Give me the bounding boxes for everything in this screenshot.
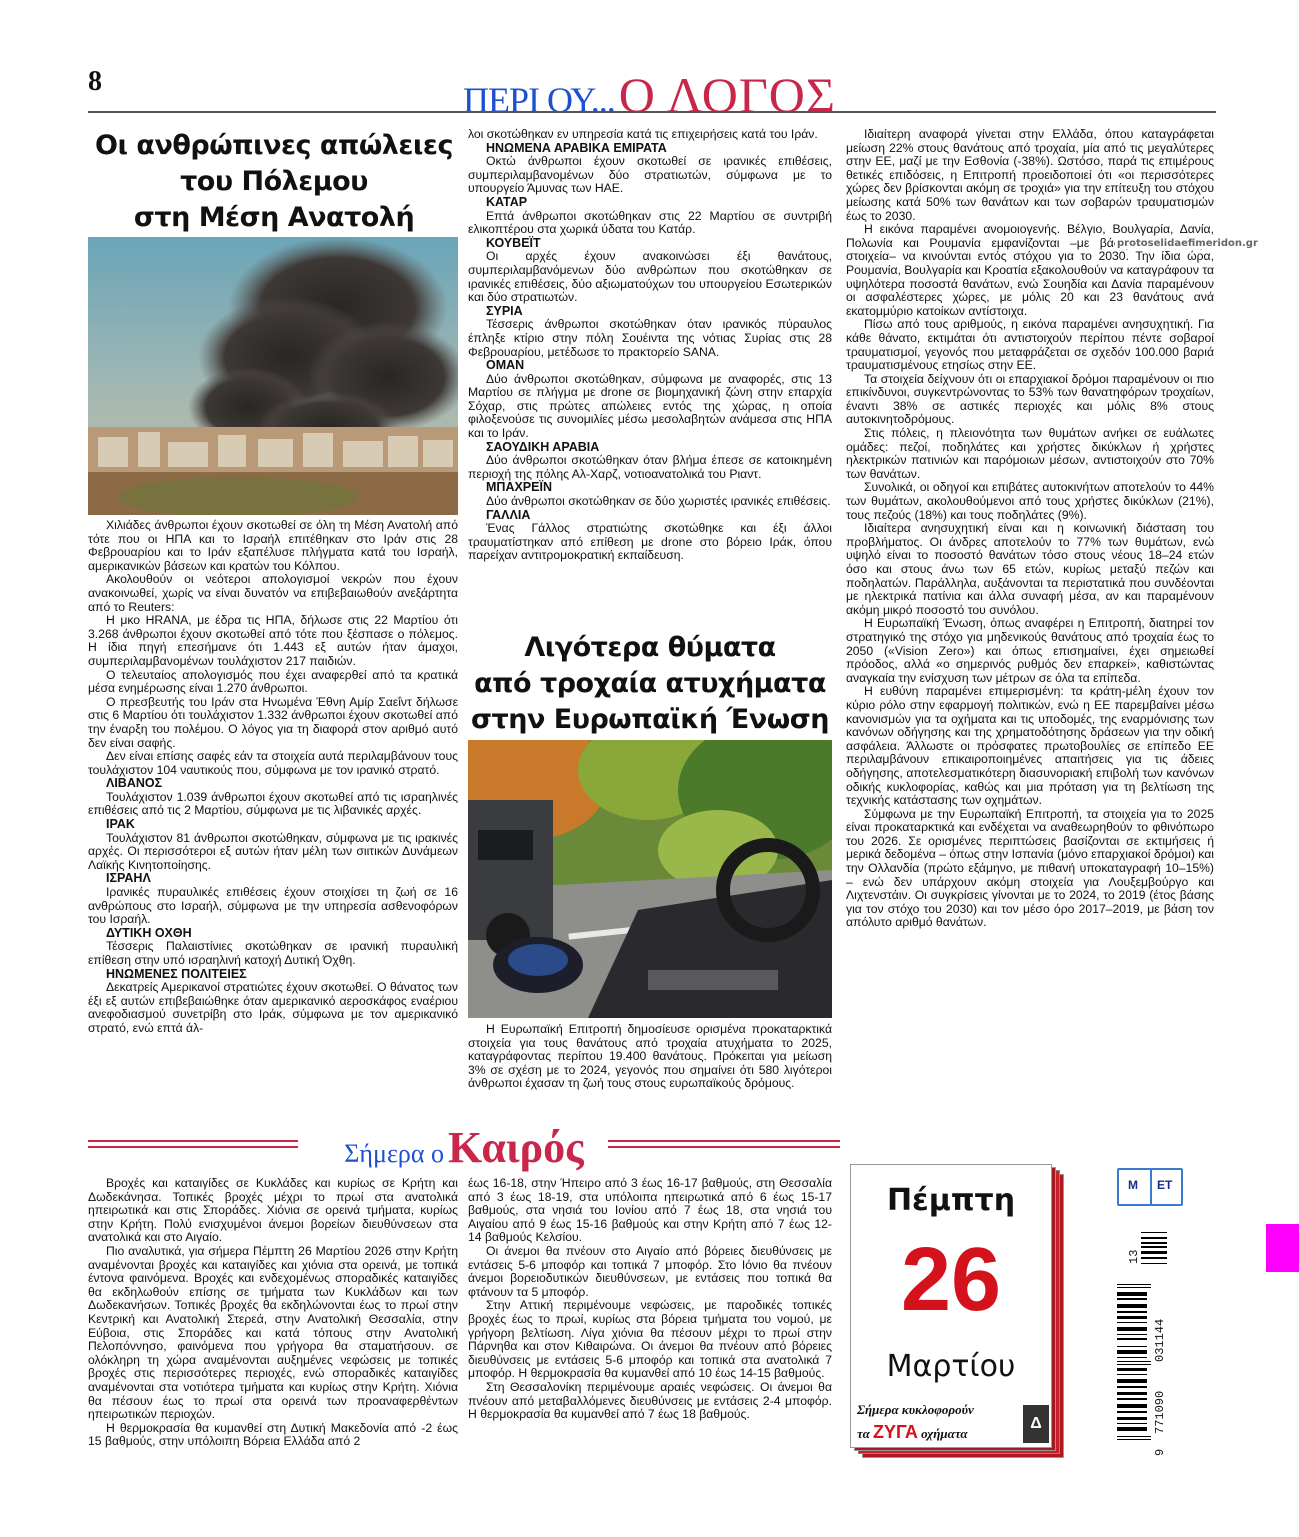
headline-line: του Πόλεμου <box>88 164 460 200</box>
crash-photo <box>468 740 832 1018</box>
ean-barcode-icon: 031144 771090 9 <box>1117 1284 1165 1444</box>
article1-headline: Οι ανθρώπινες απώλειες του Πόλεμου στη Μ… <box>88 128 460 236</box>
section-heading-bahrain: ΜΠΑΧΡΕΪΝ <box>468 481 832 495</box>
calendar-front: Πέμπτη 26 Μαρτίου Σήμερα κυκλοφορούν τα … <box>850 1164 1052 1448</box>
barcode-digits: 031144 <box>1153 1319 1167 1362</box>
weather-title: Σήμερα ο Καιρός <box>88 1122 840 1173</box>
article1-column1: Χιλιάδες άνθρωποι έχουν σκοτωθεί σε όλη … <box>88 519 458 1036</box>
paragraph: Τα στοιχεία δείχνουν ότι οι επαρχιακοί δ… <box>846 373 1214 427</box>
paragraph: Η ευθύνη παραμένει επιμερισμένη: τα κράτ… <box>846 685 1214 807</box>
section-heading-france: ΓΑΛΛΙΑ <box>468 509 832 523</box>
traffic-note-line2: τα ΖΥΓΑ οχήματα <box>857 1421 1017 1445</box>
paragraph: Στη Θεσσαλονίκη περιμένουμε αραιές νεφώσ… <box>468 1381 832 1422</box>
calendar-weekday: Πέμπτη <box>851 1183 1051 1218</box>
barcode-digits: 771090 <box>1153 1391 1167 1434</box>
weather-header: Σήμερα ο Καιρός <box>88 1128 840 1164</box>
date-calendar: Πέμπτη 26 Μαρτίου Σήμερα κυκλοφορούν τα … <box>850 1164 1062 1464</box>
watermark: protoselidaefimeridon.gr <box>1115 238 1260 249</box>
barcode-digits: 9 <box>1153 1449 1167 1456</box>
headline-line: στην Ευρωπαϊκή Ένωση <box>468 702 832 738</box>
paragraph: λοι σκοτώθηκαν εν υπηρεσία κατά τις επιχ… <box>468 128 832 142</box>
paragraph: Ο πρεσβευτής του Ιράν στα Ηνωμένα Έθνη Α… <box>88 696 458 750</box>
paragraph: Η Ευρωπαϊκή Επιτροπή δημοσίευσε ορισμένα… <box>468 1023 832 1091</box>
logo-letter: ΕΤ <box>1157 1178 1172 1192</box>
paragraph: Τέσσερις Παλαιστίνιες σκοτώθηκαν σε ιραν… <box>88 940 458 967</box>
paragraph: έως 16-18, στην Ήπειρο από 3 έως 16-17 β… <box>468 1177 832 1245</box>
paragraph: Δεν είναι επίσης σαφές εάν τα στοιχεία α… <box>88 750 458 777</box>
paragraph: Σύμφωνα με την Ευρωπαϊκή Επιτροπή, τα στ… <box>846 808 1214 930</box>
paragraph: Τουλάχιστον 81 άνθρωποι σκοτώθηκαν, σύμφ… <box>88 832 458 873</box>
weather-column1: Βροχές και καταιγίδες σε Κυκλάδες και κυ… <box>88 1177 458 1449</box>
paragraph: Δύο άνθρωποι σκοτώθηκαν σε δύο χωριστές … <box>468 495 832 509</box>
calendar-month: Μαρτίου <box>851 1349 1051 1384</box>
section-heading-israel: ΙΣΡΑΗΛ <box>88 872 458 886</box>
paragraph: Δεκατρείς Αμερικανοί στρατιώτες έχουν σκ… <box>88 981 458 1035</box>
paragraph: Τουλάχιστον 1.039 άνθρωποι έχουν σκοτωθε… <box>88 791 458 818</box>
issue-code: 13 <box>1127 1250 1141 1264</box>
section-heading-saudi-arabia: ΣΑΟΥΔΙΚΗ ΑΡΑΒΙΑ <box>468 441 832 455</box>
paragraph: Οι αρχές έχουν ανακοινώσει έξι θανάτους,… <box>468 250 832 304</box>
note-text: τα <box>857 1426 870 1441</box>
headline-line: στη Μέση Ανατολή <box>88 200 460 236</box>
section-heading-lebanon: ΛΙΒΑΝΟΣ <box>88 777 458 791</box>
article1-column2: λοι σκοτώθηκαν εν υπηρεσία κατά τις επιχ… <box>468 128 832 563</box>
article2-headline: Λιγότερα θύματα από τροχαία ατυχήματα στ… <box>468 630 832 738</box>
paragraph: Τέσσερις άνθρωποι σκοτώθηκαν όταν ιρανικ… <box>468 318 832 359</box>
paragraph: Ο τελευταίος απολογισμός που έχει αναφερ… <box>88 669 458 696</box>
masthead: ΠΕΡΙ ΟΥ... Ο ΛΟΓΟΣ <box>0 66 1299 124</box>
met-book-logo-icon: Μ ΕΤ <box>1117 1168 1183 1206</box>
paragraph: Ιδιαίτερη αναφορά γίνεται στην Ελλάδα, ό… <box>846 128 1214 223</box>
section-heading-uae: ΗΝΩΜΕΝΑ ΑΡΑΒΙΚΑ ΕΜΙΡΑΤΑ <box>468 142 832 156</box>
section-heading-iraq: ΙΡΑΚ <box>88 818 458 832</box>
paragraph: Στις πόλεις, η πλειονότητα των θυμάτων α… <box>846 427 1214 481</box>
weather-title-prefix: Σήμερα ο <box>344 1139 444 1168</box>
logo-spine <box>1150 1170 1152 1204</box>
header-rule <box>88 111 1216 113</box>
paragraph: Η μκο HRANA, με έδρα τις ΗΠΑ, δήλωσε στι… <box>88 614 458 668</box>
article2-column2: Η Ευρωπαϊκή Επιτροπή δημοσίευσε ορισμένα… <box>468 1023 832 1091</box>
section-heading-usa: ΗΝΩΜΕΝΕΣ ΠΟΛΙΤΕΙΕΣ <box>88 968 458 982</box>
paragraph: Πίσω από τους αριθμούς, η εικόνα παραμέν… <box>846 318 1214 372</box>
section-heading-west-bank: ΔΥΤΙΚΗ ΟΧΘΗ <box>88 927 458 941</box>
section-heading-oman: ΟΜΑΝ <box>468 359 832 373</box>
masthead-prefix: ΠΕΡΙ ΟΥ... <box>463 80 615 120</box>
paragraph: Η Ευρωπαϊκή Ένωση, όπως αναφέρει η Επιτρ… <box>846 617 1214 685</box>
paragraph: Στην Αττική περιμένουμε νεφώσεις, με παρ… <box>468 1299 832 1381</box>
headline-line: από τροχαία ατυχήματα <box>468 666 832 702</box>
note-highlight: ΖΥΓΑ <box>873 1422 918 1442</box>
paragraph: Ακολουθούν οι νεότεροι απολογισμοί νεκρώ… <box>88 573 458 614</box>
paragraph: Ιρανικές πυραυλικές επιθέσεις έχουν στοι… <box>88 886 458 927</box>
paragraph: Δύο άνθρωποι σκοτώθηκαν όταν βλήμα έπεσε… <box>468 454 832 481</box>
paragraph: Οκτώ άνθρωποι έχουν σκοτωθεί σε ιρανικές… <box>468 155 832 196</box>
paragraph: Πιο αναλυτικά, για σήμερα Πέμπτη 26 Μαρτ… <box>88 1245 458 1422</box>
paragraph: Συνολικά, οι οδηγοί και επιβάτες αυτοκιν… <box>846 481 1214 522</box>
paragraph: Βροχές και καταιγίδες σε Κυκλάδες και κυ… <box>88 1177 458 1245</box>
paragraph: Η θερμοκρασία θα κυμανθεί στη Δυτική Μακ… <box>88 1422 458 1449</box>
delta-badge-icon: Δ <box>1023 1405 1049 1443</box>
headline-line: Οι ανθρώπινες απώλειες <box>88 128 460 164</box>
headline-line: Λιγότερα θύματα <box>468 630 832 666</box>
paragraph: Οι άνεμοι θα πνέουν στο Αιγαίο από βόρει… <box>468 1245 832 1299</box>
traffic-note: Σήμερα κυκλοφορούν τα ΖΥΓΑ οχήματα <box>857 1399 1017 1445</box>
note-text: οχήματα <box>921 1426 967 1441</box>
paragraph: Χιλιάδες άνθρωποι έχουν σκοτωθεί σε όλη … <box>88 519 458 573</box>
issue-barcode-icon: 13 <box>1133 1232 1167 1266</box>
weather-column2: έως 16-18, στην Ήπειρο από 3 έως 16-17 β… <box>468 1177 832 1422</box>
section-heading-qatar: ΚΑΤΑΡ <box>468 196 832 210</box>
section-heading-syria: ΣΥΡΙΑ <box>468 305 832 319</box>
section-heading-kuwait: ΚΟΥΒΕΪΤ <box>468 237 832 251</box>
print-registration-marker <box>1266 1224 1299 1272</box>
weather-title-main: Καιρός <box>448 1123 584 1172</box>
paragraph: Ένας Γάλλος στρατιώτης σκοτώθηκε και έξι… <box>468 522 832 563</box>
paragraph: Ιδιαίτερα ανησυχητική είναι και η κοινων… <box>846 522 1214 617</box>
masthead-title: Ο ΛΟΓΟΣ <box>619 67 836 123</box>
calendar-day: 26 <box>851 1229 1051 1332</box>
paragraph: Δύο άνθρωποι σκοτώθηκαν, σύμφωνα με αναφ… <box>468 373 832 441</box>
logo-letter: Μ <box>1128 1178 1138 1192</box>
paragraph: Επτά άνθρωποι σκοτώθηκαν στις 22 Μαρτίου… <box>468 210 832 237</box>
smoke-photo <box>88 237 458 515</box>
traffic-note-line1: Σήμερα κυκλοφορούν <box>857 1399 1017 1421</box>
